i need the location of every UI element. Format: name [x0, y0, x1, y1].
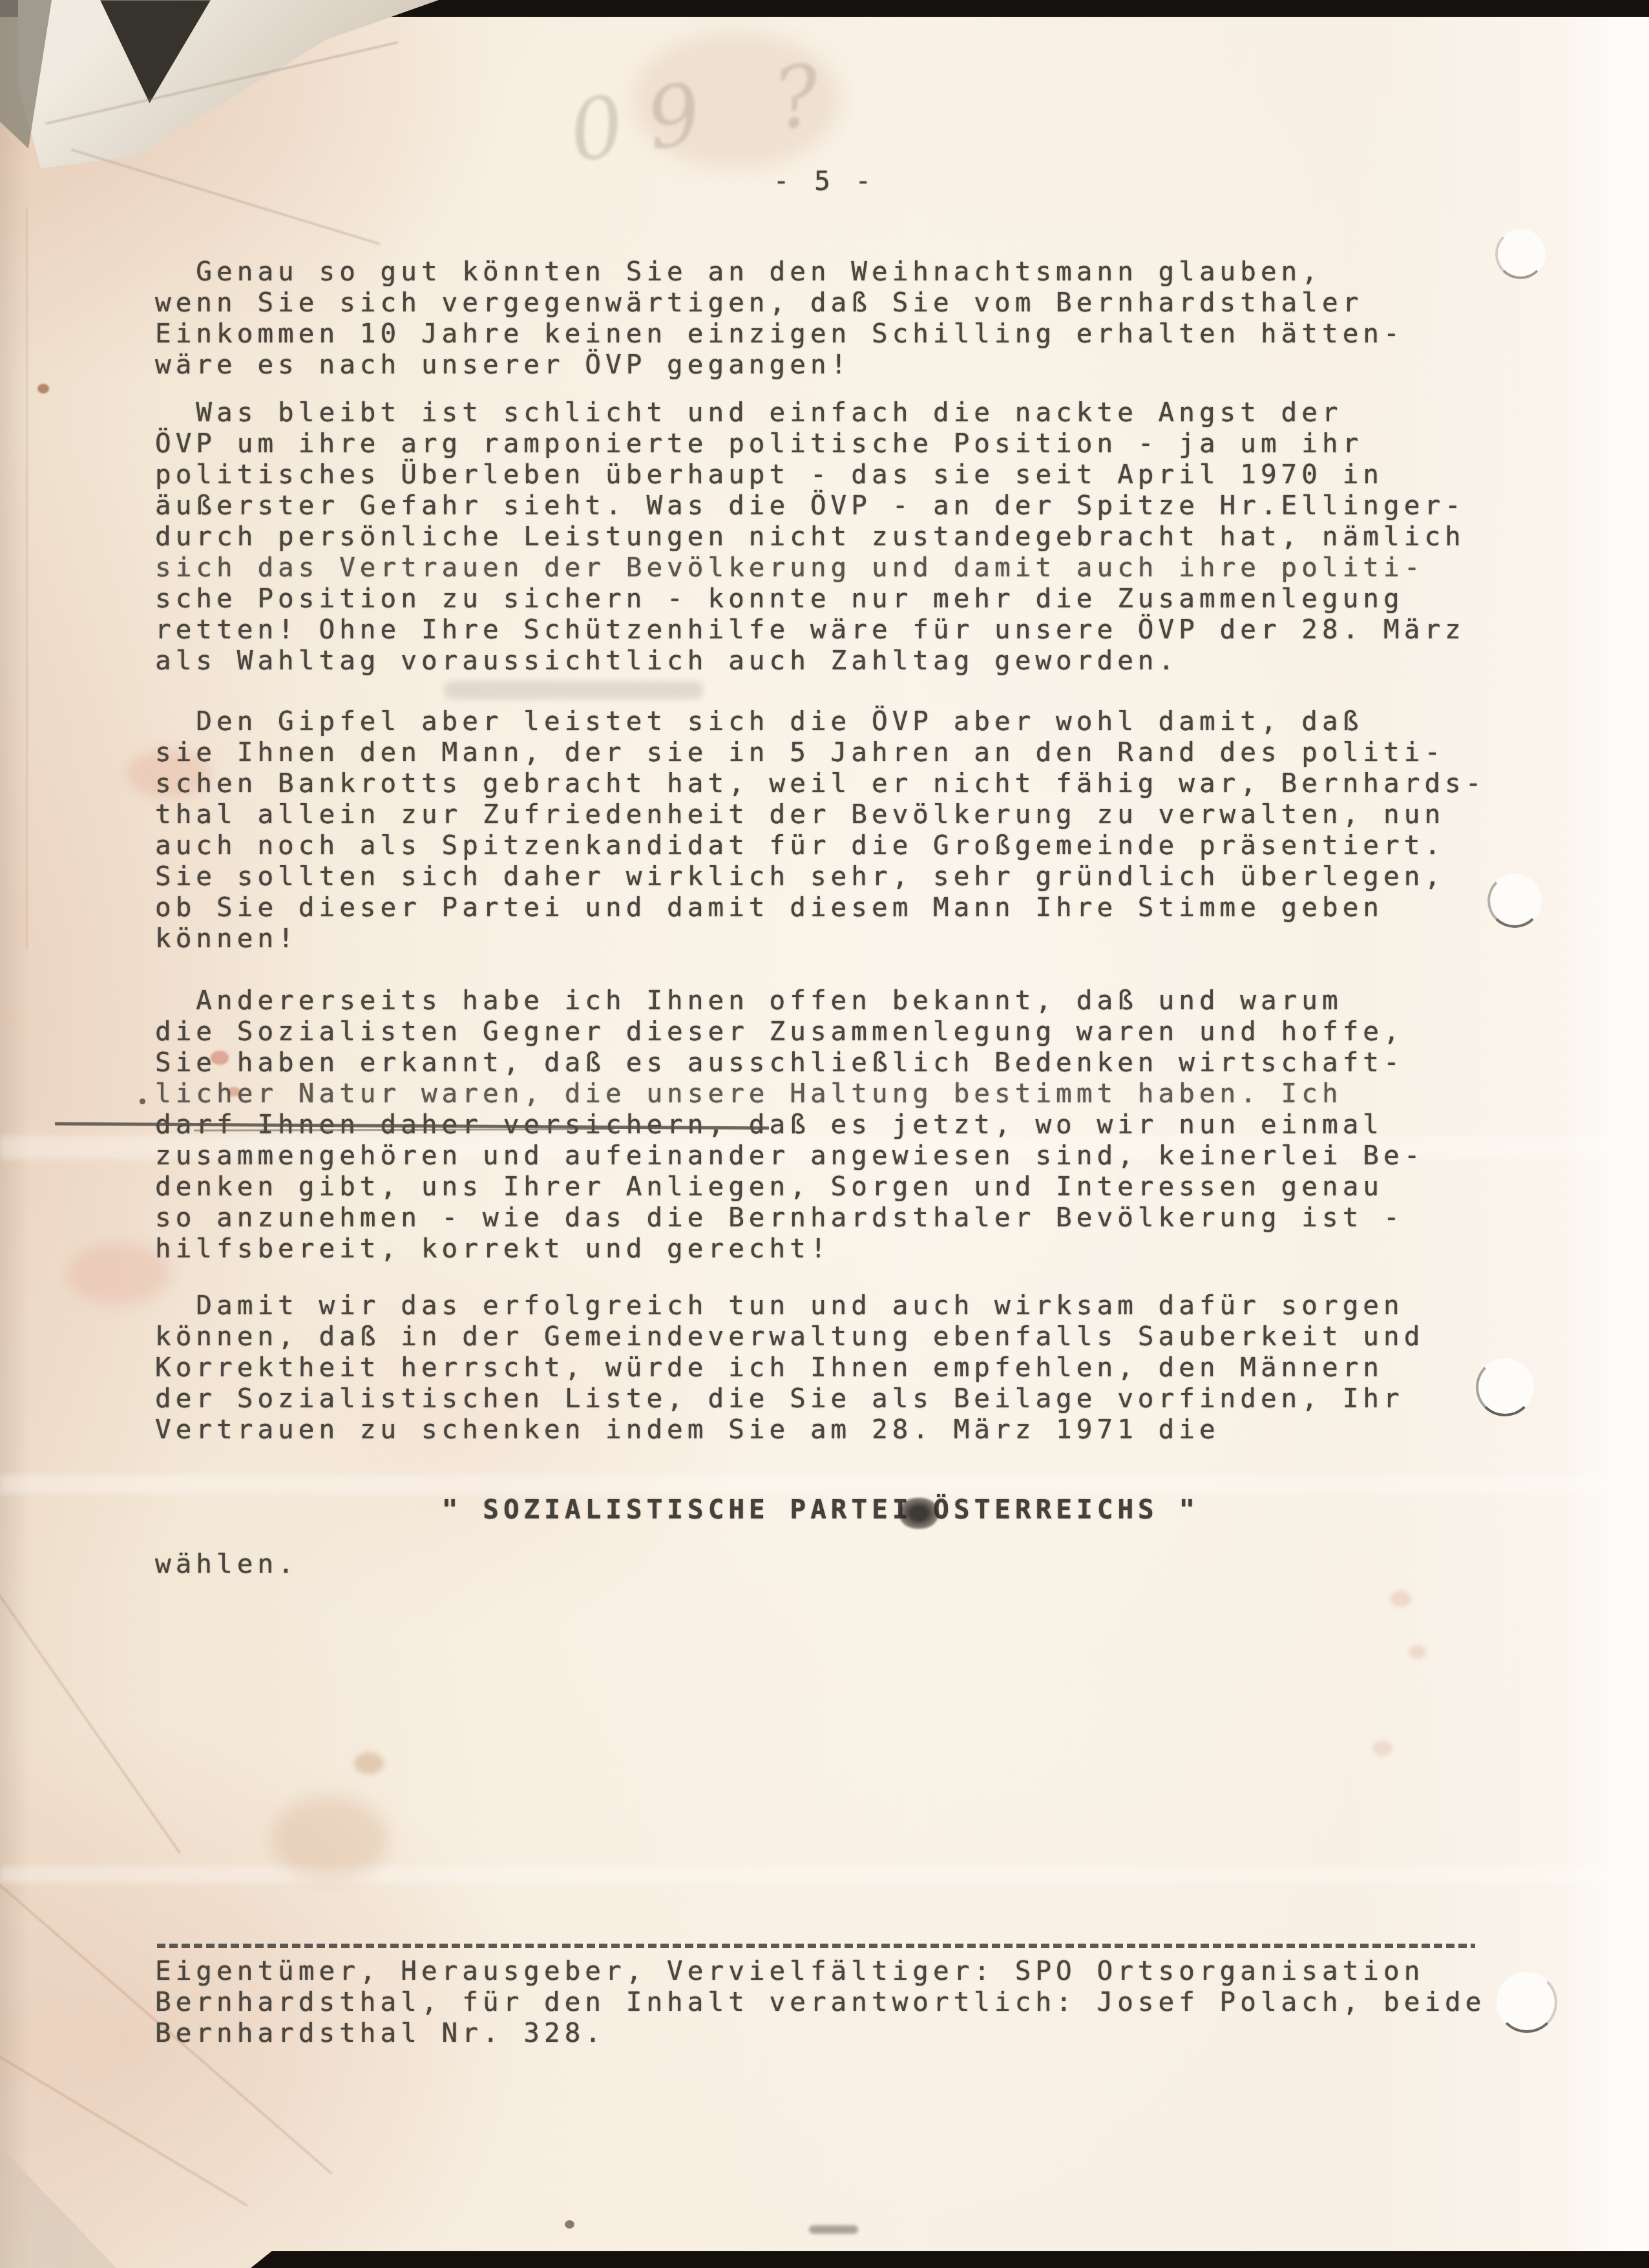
- paper-stain: [1409, 1645, 1426, 1659]
- text-line: Sie sollten sich daher wirklich sehr, se…: [155, 861, 1486, 892]
- paragraph: Was bleibt ist schlicht und einfach die …: [155, 397, 1465, 676]
- text-line: ÖVP um ihre arg ramponierte politische P…: [155, 428, 1465, 459]
- imprint-line: Bernhardsthal, für den Inhalt verantwort…: [155, 1986, 1486, 2017]
- text-line: Korrektheit herrscht, würde ich Ihnen em…: [155, 1352, 1424, 1383]
- text-line: Was bleibt ist schlicht und einfach die …: [155, 397, 1465, 428]
- text-line: durch persönliche Leistungen nicht zusta…: [155, 521, 1465, 552]
- closing-word: wählen.: [155, 1548, 299, 1579]
- text-line: Andererseits habe ich Ihnen offen bekann…: [155, 985, 1424, 1016]
- text-line: wäre es nach unserer ÖVP gegangen!: [155, 349, 1404, 380]
- text-line: Sie haben erkannt, daß es ausschließlich…: [155, 1047, 1424, 1078]
- text-line: thal allein zur Zufriedenheit der Bevölk…: [155, 799, 1486, 830]
- text-line: licher Natur waren, die unsere Haltung b…: [155, 1078, 1424, 1109]
- fold-band: [0, 1866, 1649, 1883]
- text-line: auch noch als Spitzenkandidat für die Gr…: [155, 830, 1486, 861]
- paper-stain: [1391, 1591, 1411, 1607]
- text-line: können!: [155, 923, 1486, 954]
- body-text: Genau so gut könnten Sie an den Weihnach…: [155, 0, 1564, 1486]
- ink-blot: [899, 1498, 938, 1529]
- paper-crease: [0, 2048, 248, 2207]
- text-line: retten! Ohne Ihre Schützenhilfe wäre für…: [155, 614, 1465, 645]
- scan-edge-highlight: [1565, 0, 1649, 2268]
- punch-hole: [1497, 1972, 1557, 2033]
- text-line: ob Sie dieser Partei und damit diesem Ma…: [155, 892, 1486, 923]
- text-line: der Sozialistischen Liste, die Sie als B…: [155, 1383, 1424, 1414]
- text-line: Einkommen 10 Jahre keinen einzigen Schil…: [155, 318, 1404, 349]
- scan-bottom-edge: [251, 2251, 1649, 2268]
- text-line: Genau so gut könnten Sie an den Weihnach…: [155, 256, 1404, 287]
- text-line: Vertrauen zu schenken indem Sie am 28. M…: [155, 1414, 1424, 1445]
- paper-stain: [37, 384, 49, 394]
- text-line: äußerster Gefahr sieht. Was die ÖVP - an…: [155, 490, 1465, 521]
- imprint-line: Bernhardsthal Nr. 328.: [155, 2017, 1486, 2048]
- text-line: sie Ihnen den Mann, der sie in 5 Jahren …: [155, 737, 1486, 768]
- text-line: Damit wir das erfolgreich tun und auch w…: [155, 1290, 1424, 1321]
- text-line: hilfsbereit, korrekt und gerecht!: [155, 1233, 1424, 1264]
- paragraph: Den Gipfel aber leistet sich die ÖVP abe…: [155, 706, 1486, 954]
- paper-stain: [565, 2220, 574, 2229]
- imprint-text: Eigentümer, Herausgeber, Vervielfältiger…: [155, 1955, 1486, 2048]
- imprint-line: Eigentümer, Herausgeber, Vervielfältiger…: [155, 1955, 1486, 1986]
- party-name-line: " SOZIALISTISCHE PARTEI ÖSTERREICHS ": [155, 1494, 1486, 1525]
- text-line: zusammengehören und aufeinander angewies…: [155, 1140, 1424, 1171]
- text-line: die Sozialisten Gegner dieser Zusammenle…: [155, 1016, 1424, 1047]
- paragraph: Genau so gut könnten Sie an den Weihnach…: [155, 256, 1404, 380]
- paper-stain: [1372, 1741, 1392, 1756]
- text-line: schen Bankrotts gebracht hat, weil er ni…: [155, 768, 1486, 799]
- text-line: wenn Sie sich vergegenwärtigen, daß Sie …: [155, 287, 1404, 318]
- paper-stain: [354, 1752, 384, 1774]
- text-line: sich das Vertrauen der Bevölkerung und d…: [155, 552, 1465, 583]
- dashed-rule: [157, 1944, 1475, 1948]
- text-line: sche Position zu sichern - konnte nur me…: [155, 583, 1465, 614]
- text-line: können, daß in der Gemeindeverwaltung eb…: [155, 1321, 1424, 1352]
- paper-crease: [26, 207, 28, 950]
- paper-stain: [271, 1796, 388, 1880]
- paper-stain: [809, 2225, 858, 2234]
- text-line: als Wahltag voraussichtlich auch Zahltag…: [155, 645, 1465, 676]
- scanned-document-page: 09 ? - 5 - Genau so gut könnten Sie an d…: [0, 0, 1649, 2268]
- text-line: politisches Überleben überhaupt - das si…: [155, 459, 1465, 490]
- stray-ink-dot: [140, 1098, 145, 1104]
- text-line: denken gibt, uns Ihrer Anliegen, Sorgen …: [155, 1171, 1424, 1202]
- paragraph: Damit wir das erfolgreich tun und auch w…: [155, 1290, 1424, 1445]
- text-line: Den Gipfel aber leistet sich die ÖVP abe…: [155, 706, 1486, 737]
- text-line: so anzunehmen - wie das die Bernhardstha…: [155, 1202, 1424, 1233]
